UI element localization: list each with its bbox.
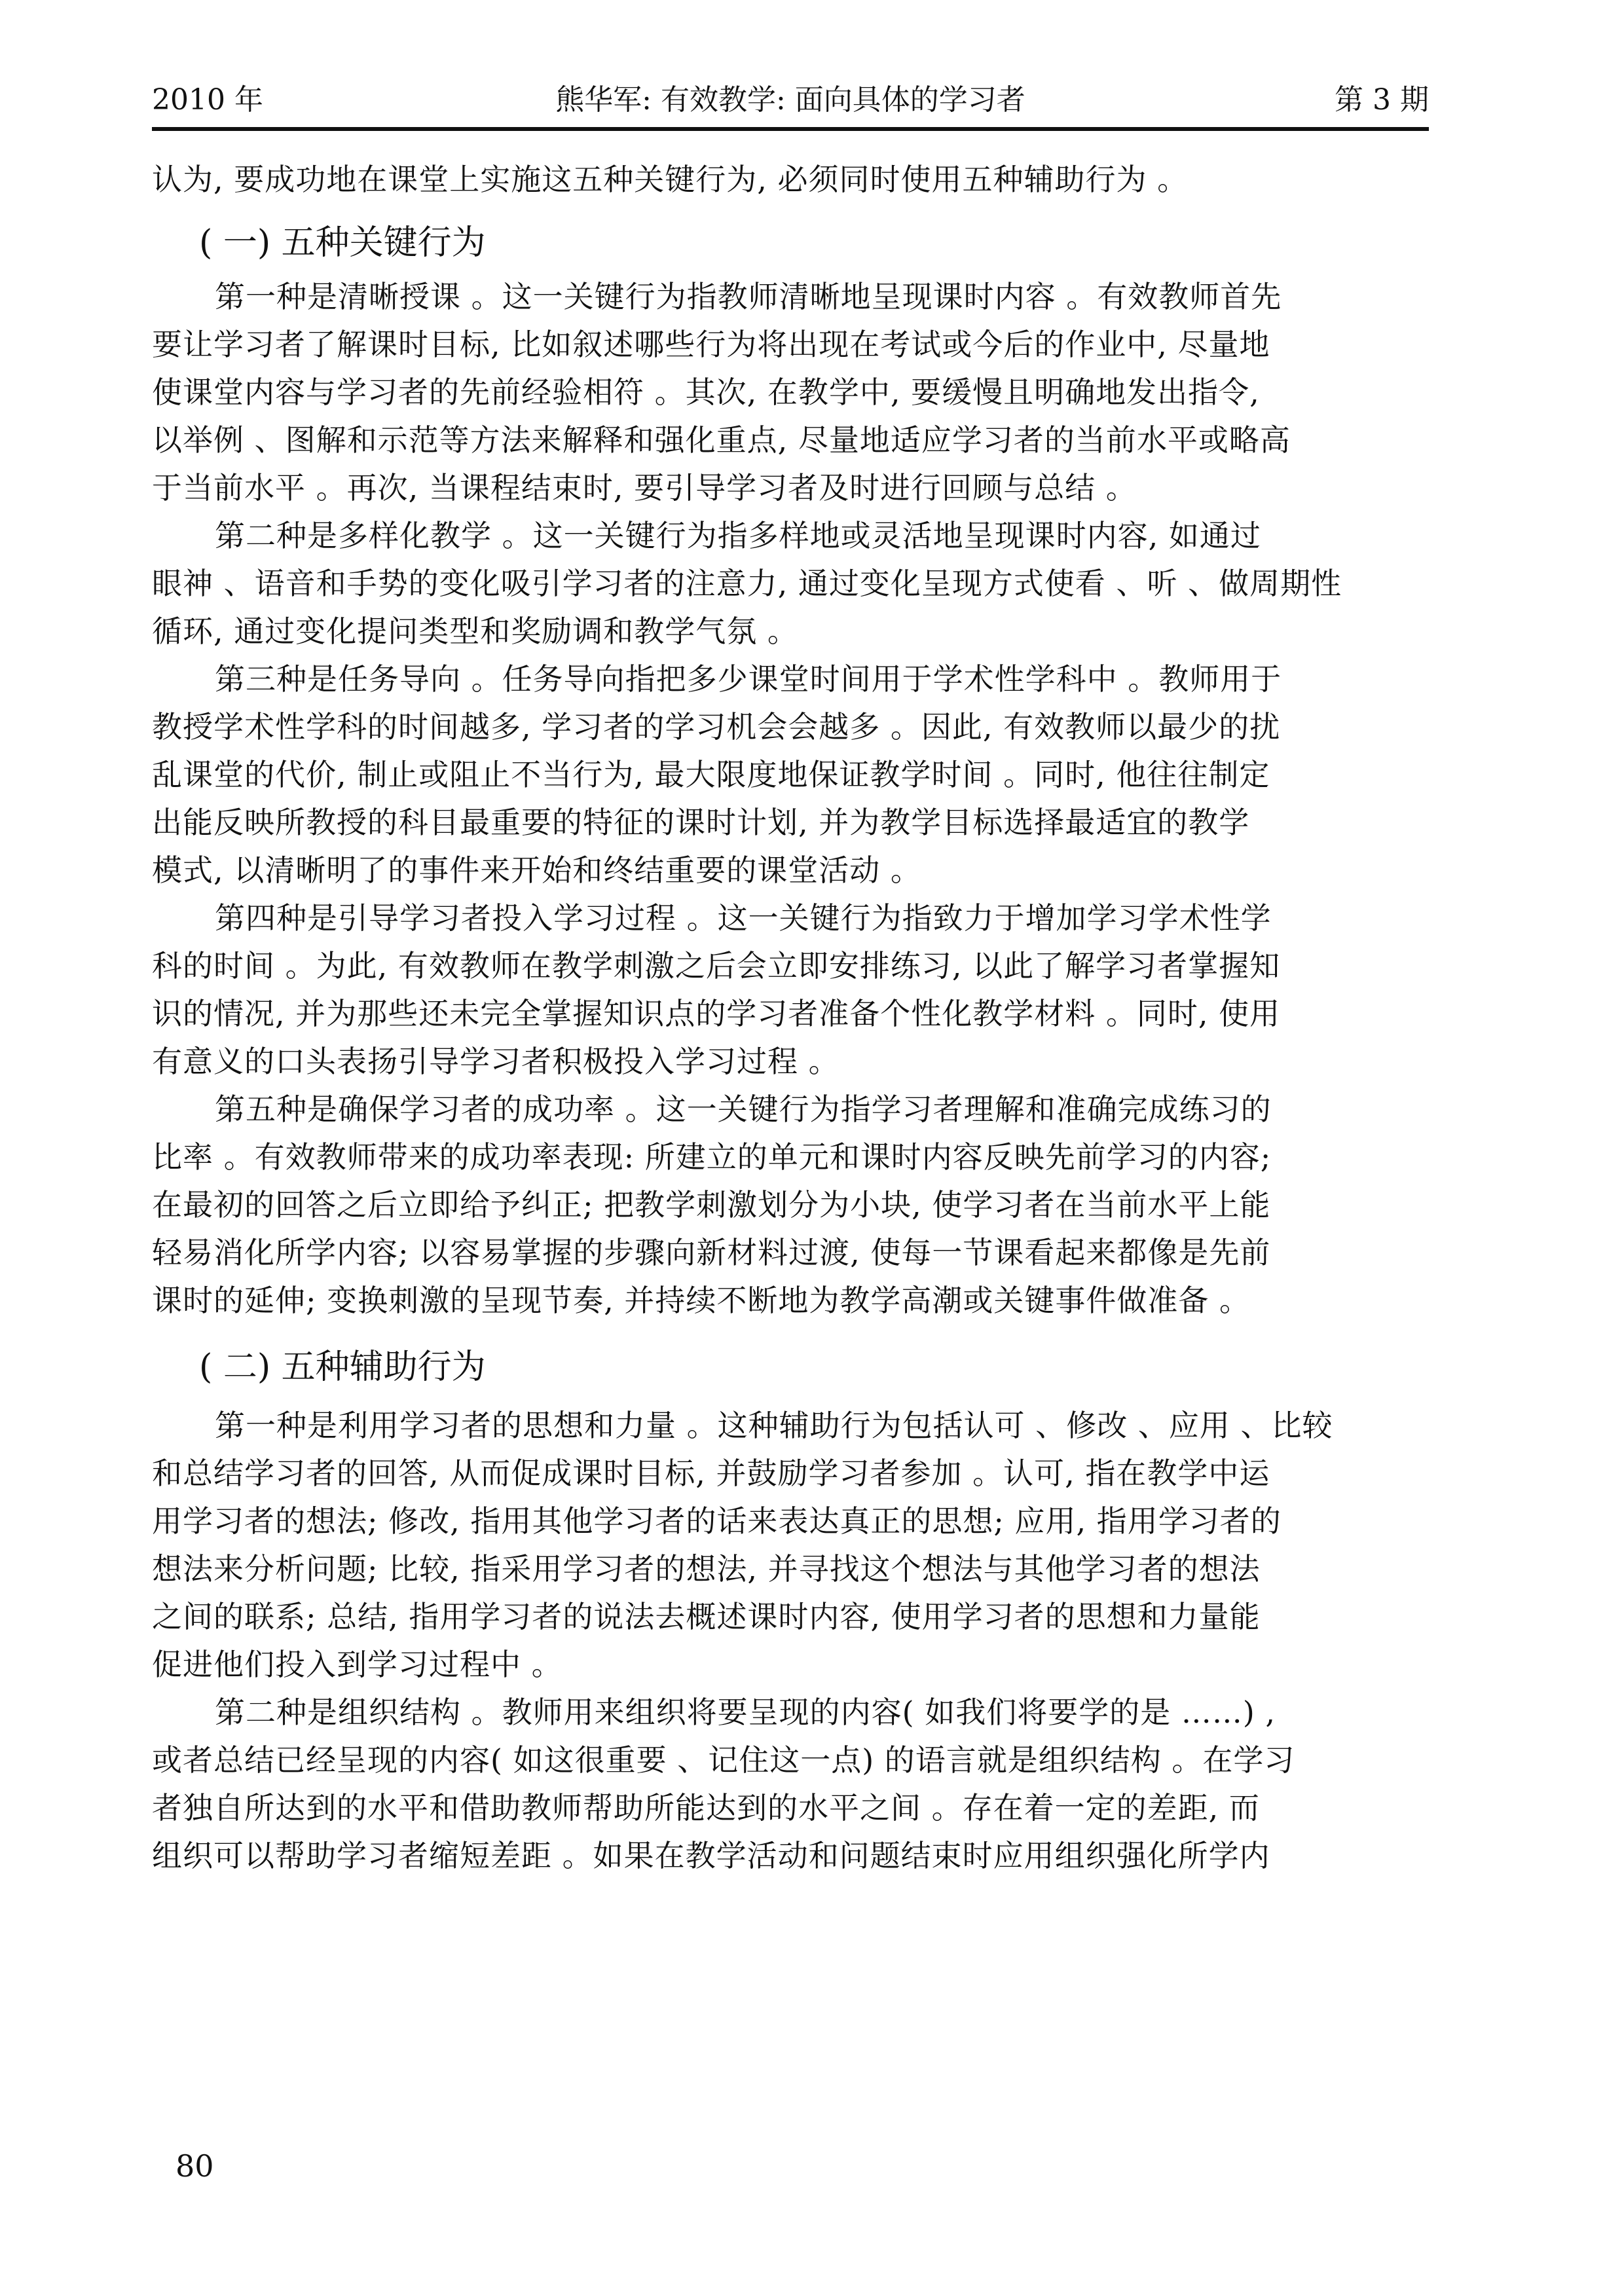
text-line: 模式, 以清晰明了的事件来开始和终结重要的课堂活动 。: [152, 847, 1429, 894]
text-line: 在最初的回答之后立即给予纠正; 把教学刺激划分为小块, 使学习者在当前水平上能: [152, 1181, 1429, 1229]
text-line: 第一种是利用学习者的思想和力量 。这种辅助行为包括认可 、修改 、应用 、比较: [152, 1402, 1429, 1450]
running-header: 2010 年 熊华军: 有效教学: 面向具体的学习者 第 3 期: [152, 77, 1429, 123]
header-rule: [152, 127, 1429, 131]
section-heading-auxiliary-behaviors: ( 二) 五种辅助行为: [152, 1325, 1429, 1402]
text-line: 第四种是引导学习者投入学习过程 。这一关键行为指致力于增加学习学术性学: [152, 894, 1429, 942]
text-line: 第五种是确保学习者的成功率 。这一关键行为指学习者理解和准确完成练习的: [152, 1086, 1429, 1133]
text-line: 乱课堂的代价, 制止或阻止不当行为, 最大限度地保证教学时间 。同时, 他往往制…: [152, 751, 1429, 799]
paragraph-student-engagement: 第四种是引导学习者投入学习过程 。这一关键行为指致力于增加学习学术性学 科的时间…: [152, 894, 1429, 1086]
paragraph-structuring: 第二种是组织结构 。教师用来组织将要呈现的内容( 如我们将要学的是 ……) , …: [152, 1689, 1429, 1880]
text-line: 用学习者的想法; 修改, 指用其他学习者的话来表达真正的思想; 应用, 指用学习…: [152, 1497, 1429, 1545]
text-line: 眼神 、语音和手势的变化吸引学习者的注意力, 通过变化呈现方式使看 、听 、做周…: [152, 560, 1429, 608]
paragraph-success-rate: 第五种是确保学习者的成功率 。这一关键行为指学习者理解和准确完成练习的 比率 。…: [152, 1086, 1429, 1325]
text-line: 于当前水平 。再次, 当课程结束时, 要引导学习者及时进行回顾与总结 。: [152, 464, 1429, 512]
text-line: 想法来分析问题; 比较, 指采用学习者的想法, 并寻找这个想法与其他学习者的想法: [152, 1545, 1429, 1593]
text-line: 要让学习者了解课时目标, 比如叙述哪些行为将出现在考试或今后的作业中, 尽量地: [152, 321, 1429, 369]
text-line: 教授学术性学科的时间越多, 学习者的学习机会会越多 。因此, 有效教师以最少的扰: [152, 703, 1429, 751]
text-line: 课时的延伸; 变换刺激的呈现节奏, 并持续不断地为教学高潮或关键事件做准备 。: [152, 1277, 1429, 1325]
text-line: 科的时间 。为此, 有效教师在教学刺激之后会立即安排练习, 以此了解学习者掌握知: [152, 942, 1429, 990]
header-issue: 第 3 期: [1335, 77, 1429, 123]
text-line: 比率 。有效教师带来的成功率表现: 所建立的单元和课时内容反映先前学习的内容;: [152, 1133, 1429, 1181]
section-heading-key-behaviors: ( 一) 五种关键行为: [152, 204, 1429, 273]
intro-line: 认为, 要成功地在课堂上实施这五种关键行为, 必须同时使用五种辅助行为 。: [152, 156, 1429, 204]
text-line: 之间的联系; 总结, 指用学习者的说法去概述课时内容, 使用学习者的思想和力量能: [152, 1593, 1429, 1641]
text-line: 第一种是清晰授课 。这一关键行为指教师清晰地呈现课时内容 。有效教师首先: [152, 273, 1429, 321]
paragraph-using-student-ideas: 第一种是利用学习者的思想和力量 。这种辅助行为包括认可 、修改 、应用 、比较 …: [152, 1402, 1429, 1689]
text-line: 轻易消化所学内容; 以容易掌握的步骤向新材料过渡, 使每一节课看起来都像是先前: [152, 1229, 1429, 1277]
text-line: 促进他们投入到学习过程中 。: [152, 1641, 1429, 1689]
text-line: 组织可以帮助学习者缩短差距 。如果在教学活动和问题结束时应用组织强化所学内: [152, 1832, 1429, 1880]
page-number: 80: [175, 2146, 214, 2186]
paragraph-clear-instruction: 第一种是清晰授课 。这一关键行为指教师清晰地呈现课时内容 。有效教师首先 要让学…: [152, 273, 1429, 512]
text-line: 者独自所达到的水平和借助教师帮助所能达到的水平之间 。存在着一定的差距, 而: [152, 1784, 1429, 1832]
text-line: 出能反映所教授的科目最重要的特征的课时计划, 并为教学目标选择最适宜的教学: [152, 799, 1429, 847]
text-line: 循环, 通过变化提问类型和奖励调和教学气氛 。: [152, 608, 1429, 655]
text-line: 第二种是多样化教学 。这一关键行为指多样地或灵活地呈现课时内容, 如通过: [152, 512, 1429, 560]
article-body: 认为, 要成功地在课堂上实施这五种关键行为, 必须同时使用五种辅助行为 。 ( …: [152, 156, 1429, 1880]
text-line: 和总结学习者的回答, 从而促成课时目标, 并鼓励学习者参加 。认可, 指在教学中…: [152, 1450, 1429, 1497]
paragraph-varied-instruction: 第二种是多样化教学 。这一关键行为指多样地或灵活地呈现课时内容, 如通过 眼神 …: [152, 512, 1429, 655]
header-title: 熊华军: 有效教学: 面向具体的学习者: [152, 77, 1429, 123]
text-line: 以举例 、图解和示范等方法来解释和强化重点, 尽量地适应学习者的当前水平或略高: [152, 416, 1429, 464]
text-line: 识的情况, 并为那些还未完全掌握知识点的学习者准备个性化教学材料 。同时, 使用: [152, 990, 1429, 1038]
paragraph-task-orientation: 第三种是任务导向 。任务导向指把多少课堂时间用于学术性学科中 。教师用于 教授学…: [152, 655, 1429, 894]
text-line: 或者总结已经呈现的内容( 如这很重要 、记住这一点) 的语言就是组织结构 。在学…: [152, 1736, 1429, 1784]
text-line: 第二种是组织结构 。教师用来组织将要呈现的内容( 如我们将要学的是 ……) ,: [152, 1689, 1429, 1736]
text-line: 有意义的口头表扬引导学习者积极投入学习过程 。: [152, 1038, 1429, 1086]
text-line: 第三种是任务导向 。任务导向指把多少课堂时间用于学术性学科中 。教师用于: [152, 655, 1429, 703]
text-line: 使课堂内容与学习者的先前经验相符 。其次, 在教学中, 要缓慢且明确地发出指令,: [152, 369, 1429, 416]
